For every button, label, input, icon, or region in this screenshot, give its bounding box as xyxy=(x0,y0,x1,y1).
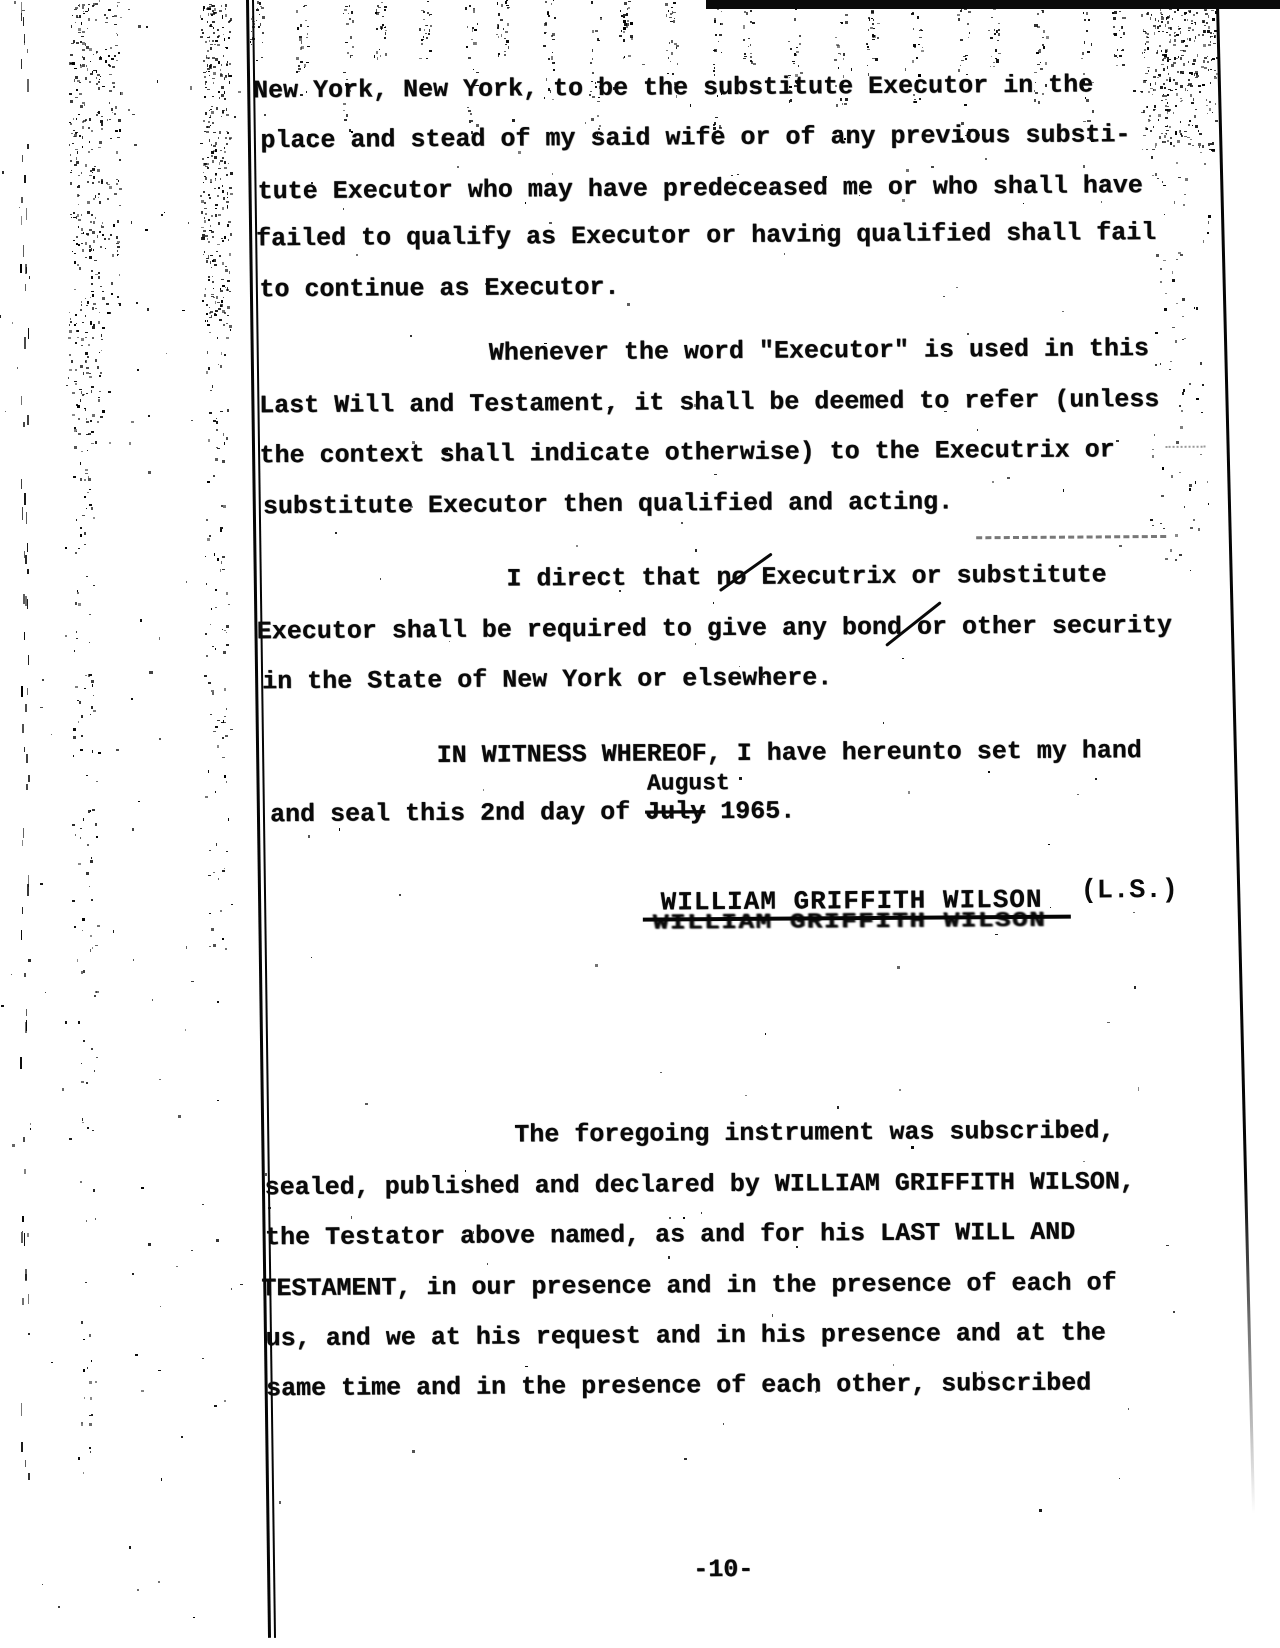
text-line: same time and in the presence of each ot… xyxy=(266,1368,1091,1403)
signature-name: WILLIAM GRIFFITH WILSON xyxy=(661,885,1043,918)
text-line: IN WITNESS WHEREOF, I have hereunto set … xyxy=(437,736,1142,770)
seal-label: (L.S.) xyxy=(1081,876,1178,907)
text-line: sealed, published and declared by WILLIA… xyxy=(265,1167,1135,1202)
scanned-document-page: New York, New York, to be the substitute… xyxy=(0,0,1280,1648)
text-line: in the State of New York or elsewhere. xyxy=(262,663,832,696)
text-line: TESTAMENT, in our presence and in the pr… xyxy=(261,1268,1116,1303)
date-prefix: and seal this 2nd day of xyxy=(270,798,645,830)
struck-month: July xyxy=(645,797,705,826)
text-line: I direct that no Executrix or substitute xyxy=(506,560,1106,593)
text-line: the Testator above named, as and for his… xyxy=(265,1218,1075,1253)
text-line: failed to qualify as Executor or having … xyxy=(256,218,1156,253)
text-line: the context shall indicate otherwise) to… xyxy=(259,435,1114,470)
date-year: 1965. xyxy=(705,797,795,827)
text-line: Executor shall be required to give any b… xyxy=(257,611,1172,646)
date-line: and seal this 2nd day of AugustJuly 1965… xyxy=(270,797,795,830)
scan-dash-artifact xyxy=(1166,446,1206,448)
text-line: The foregoing instrument was subscribed, xyxy=(514,1116,1114,1149)
text-line: Whenever the word "Executor" is used in … xyxy=(489,334,1149,368)
text-line: to continue as Executor. xyxy=(259,273,619,305)
text-line: substitute Executor then qualified and a… xyxy=(263,487,953,521)
text-line: us, and we at his request and in his pre… xyxy=(266,1318,1106,1353)
text-line: New York, New York, to be the substitute… xyxy=(253,70,1093,105)
text-line: tute Executor who may have predeceased m… xyxy=(258,171,1143,206)
document-text: New York, New York, to be the substitute… xyxy=(0,0,1280,1648)
scan-dashed-line-artifact xyxy=(976,535,1166,539)
page-number: -10- xyxy=(693,1555,753,1584)
text-line: place and stead of my said wife or of an… xyxy=(260,120,1130,155)
text-line: Last Will and Testament, it shall be dee… xyxy=(259,385,1159,420)
inserted-month: August xyxy=(647,770,730,797)
month-correction: AugustJuly xyxy=(645,797,705,826)
